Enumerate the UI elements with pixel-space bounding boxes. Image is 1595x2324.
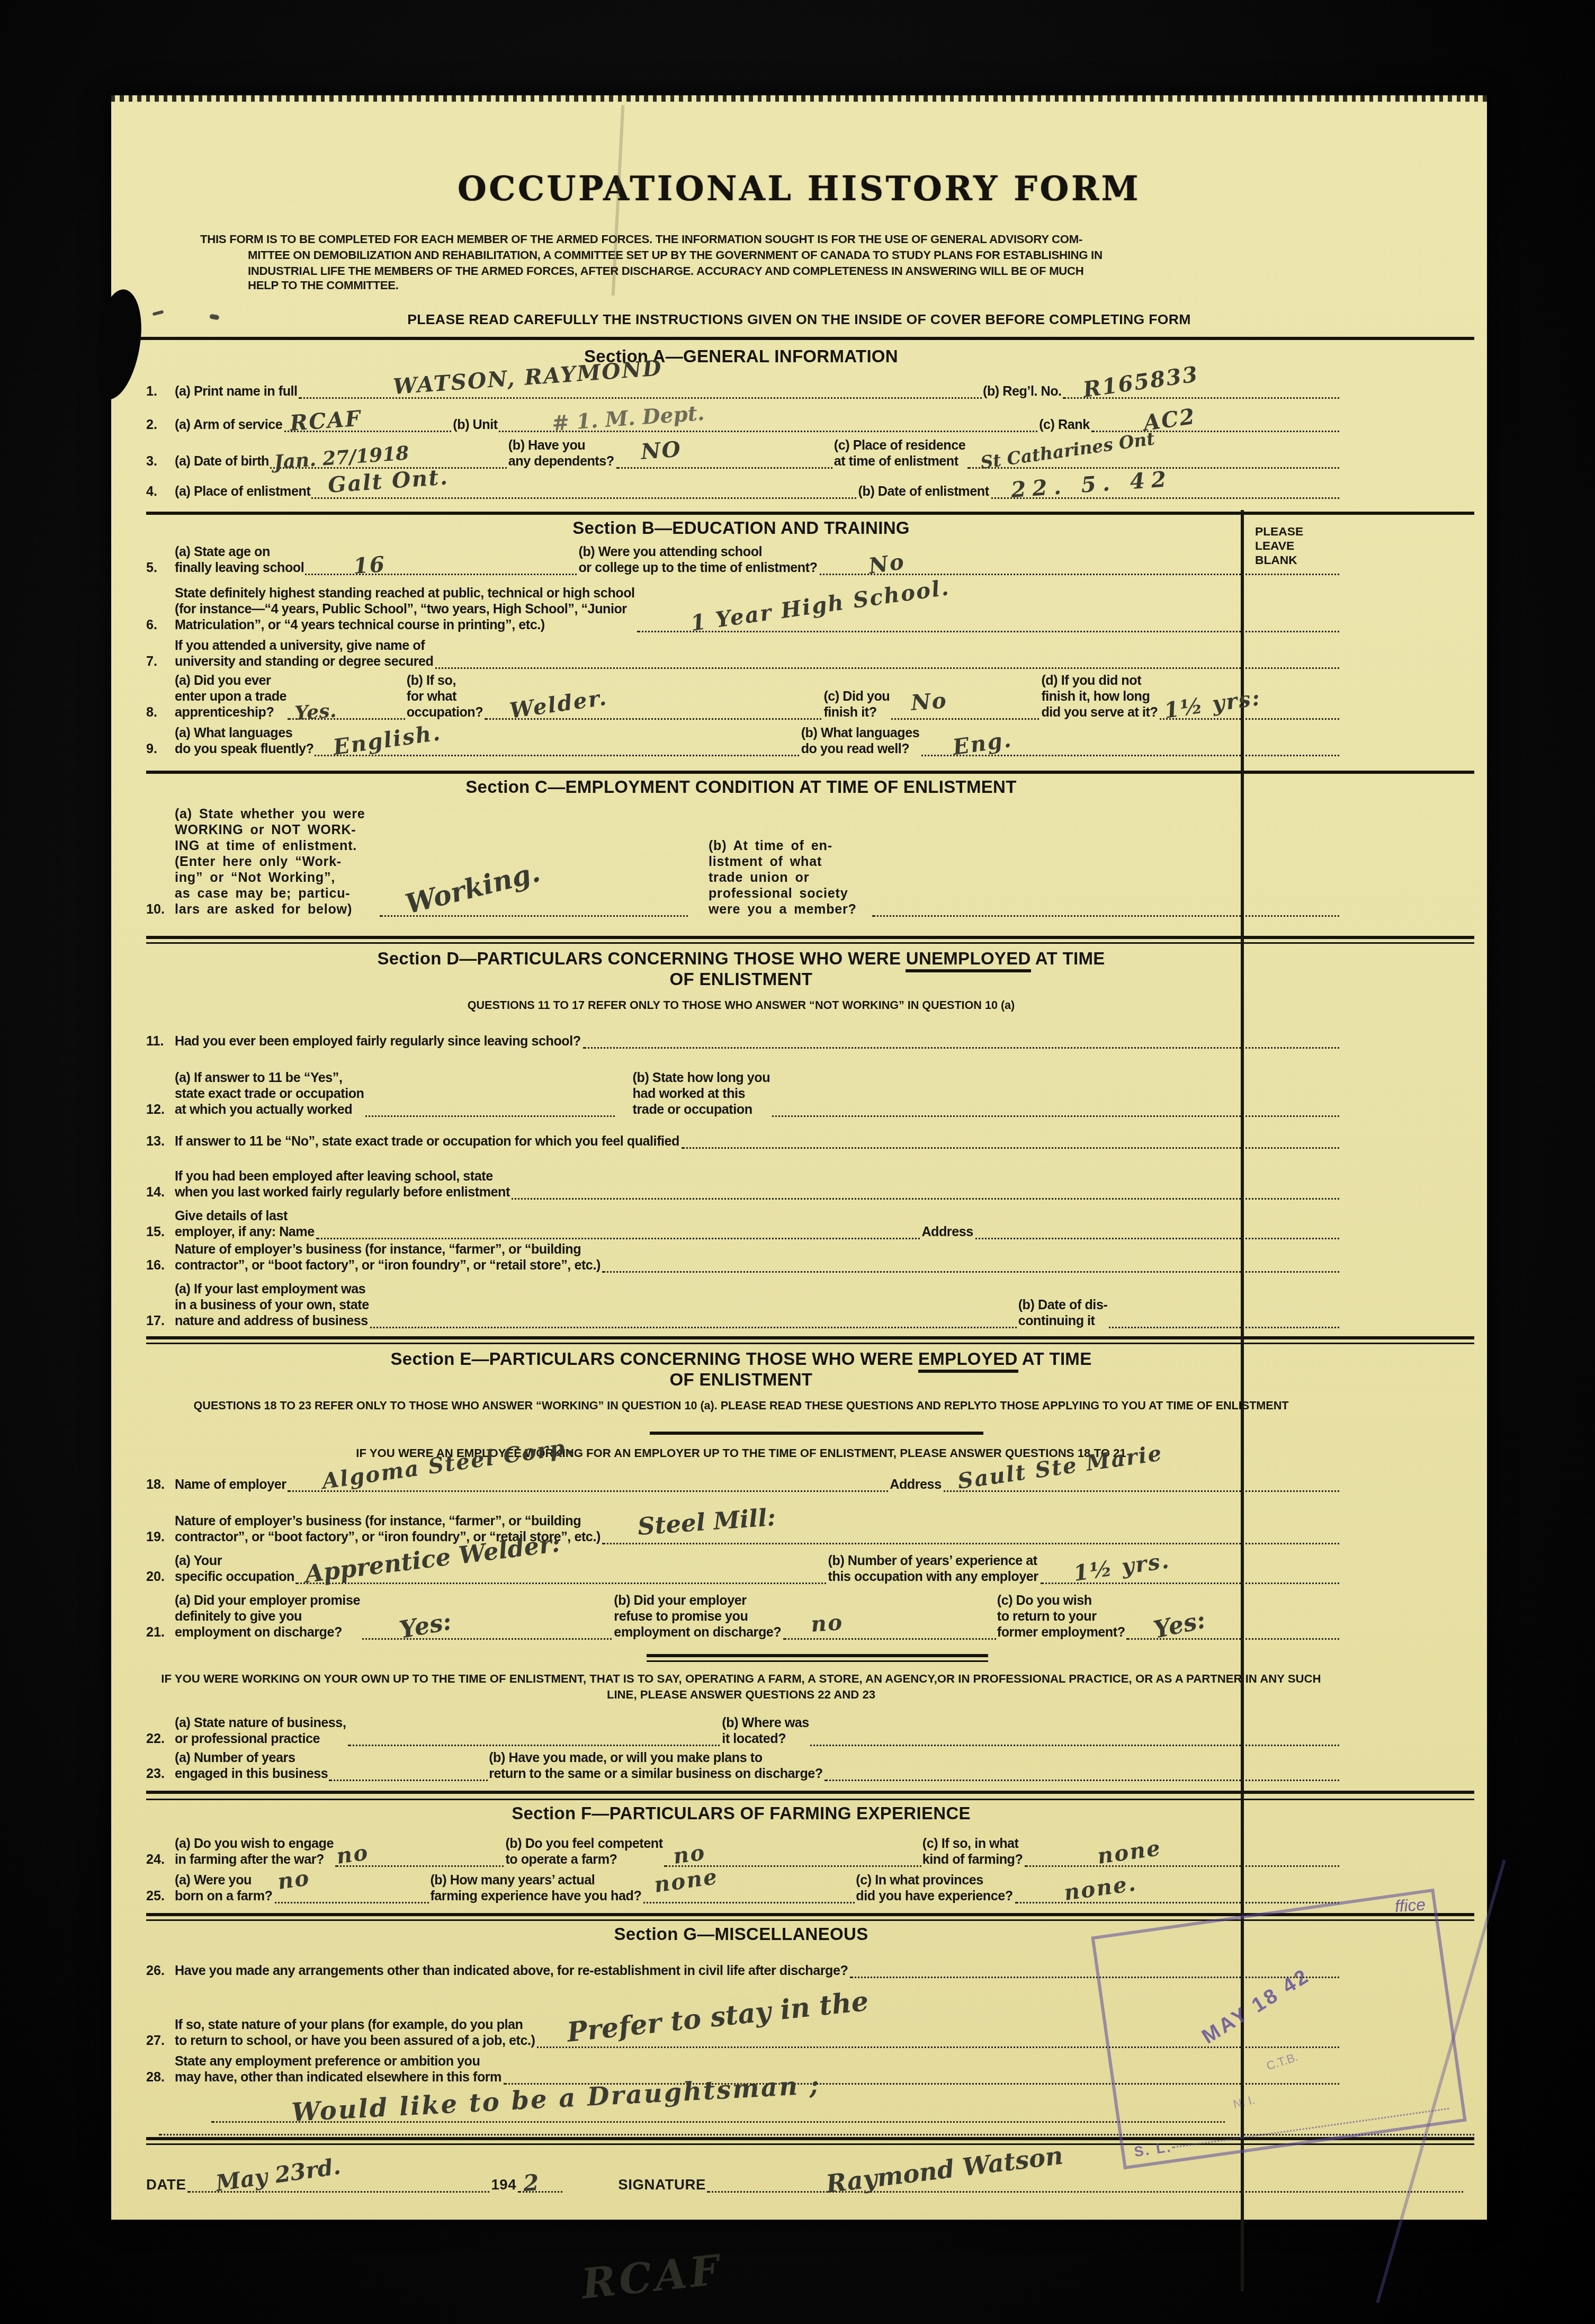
q2b-line: # 1. M. Dept. [499, 427, 1037, 432]
q17b-label: (b) Date of dis-continuing it [1018, 1296, 1108, 1328]
q10b-line [872, 912, 1339, 917]
year-printed: 194 [491, 2177, 516, 2193]
q8a-label: (a) Did you everenter upon a tradeappren… [175, 672, 286, 720]
q17a-line [371, 1323, 1017, 1328]
q20-number: 20. [146, 1568, 175, 1584]
q3c-answer: St Catharines Ont [980, 430, 1156, 472]
q3a-answer: Jan. 27/1918 [274, 443, 410, 472]
q19-line: Steel Mill: [602, 1540, 1339, 1544]
q3b-answer: NO [640, 440, 683, 464]
question-10: 10. (a) State whether you wereWORKING or… [146, 806, 1487, 917]
question-3: 3. (a) Date of birth Jan. 27/1918 (b) Ha… [146, 437, 1487, 469]
question-4: 4. (a) Place of enlistment Galt Ont. (b)… [146, 483, 1487, 499]
year-line: 2 [518, 2188, 562, 2193]
q25-number: 25. [146, 1887, 175, 1903]
q12b-line [772, 1112, 1339, 1116]
question-21: 21. (a) Did your employer promisedefinit… [146, 1592, 1487, 1640]
q8b-answer: Welder. [508, 688, 609, 723]
q28-rcaf-handwriting: RCAF [579, 2247, 725, 2309]
q20b-line: 1½ yrs. [1040, 1579, 1339, 1584]
q6-number: 6. [146, 616, 175, 632]
q12a-line [365, 1112, 615, 1116]
q24a-line: no [335, 1862, 504, 1866]
q2b-answer: # 1. M. Dept. [552, 404, 705, 435]
question-1: 1. (a) Print name in full WATSON, RAYMON… [146, 383, 1487, 399]
intro-paragraph: THIS FORM IS TO BE COMPLETED FOR EACH ME… [200, 232, 1392, 294]
q25a-answer: no [277, 1869, 312, 1895]
q26-number: 26. [146, 1962, 175, 1978]
q26-label: Have you made any arrangements other tha… [175, 1962, 848, 1978]
short-double-rule [646, 1654, 988, 1662]
rule [124, 337, 1474, 340]
date-answer: May 23rd. [215, 2157, 343, 2196]
q20b-answer: 1½ yrs. [1073, 1552, 1172, 1587]
q21a-answer: Yes: [398, 1610, 453, 1642]
rule [146, 771, 1474, 774]
q3b-label: (b) Have youany dependents? [508, 437, 614, 469]
q1a-line: WATSON, RAYMOND [299, 394, 981, 399]
double-rule [146, 1336, 1474, 1344]
q2-number: 2. [146, 416, 175, 432]
q5b-answer: No [868, 552, 907, 578]
section-e-title-line2: OF ENLISTMENT [146, 1371, 1336, 1392]
q24b-line: no [665, 1862, 921, 1866]
q19-answer: Steel Mill: [637, 1506, 777, 1540]
stamp-sl: S. L. [1133, 2139, 1173, 2160]
q4b-label: (b) Date of enlistment [858, 483, 989, 499]
q12-number: 12. [146, 1101, 175, 1116]
stamp-ni: N. I. [1232, 2093, 1257, 2112]
question-8: 8. (a) Did you everenter upon a tradeapp… [146, 672, 1487, 720]
q20b-label: (b) Number of years’ experience atthis o… [828, 1552, 1038, 1584]
q21c-answer: Yes: [1151, 1608, 1207, 1643]
q15-label: Give details of lastemployer, if any: Na… [175, 1207, 315, 1239]
q10-number: 10. [146, 901, 175, 917]
q27-label: If so, state nature of your plans (for e… [175, 2016, 535, 2048]
q24a-answer: no [336, 1844, 371, 1870]
q25c-label: (c) In what provincesdid you have experi… [856, 1871, 1012, 1903]
q24c-answer: none [1097, 1839, 1163, 1870]
q5a-label: (a) State age onfinally leaving school [175, 543, 304, 575]
intro-line: MITTEE ON DEMOBILIZATION AND REHABILITAT… [200, 247, 1392, 263]
q25c-answer: none. [1063, 1874, 1139, 1906]
question-25: 25. (a) Were youborn on a farm? no (b) H… [146, 1871, 1487, 1903]
q25b-answer: none [653, 1868, 720, 1898]
q21-number: 21. [146, 1624, 175, 1640]
q9a-answer: English. [331, 723, 442, 759]
form-body: PLEASE LEAVE BLANK Section A—GENERAL INF… [111, 348, 1487, 2146]
question-16: 16. Nature of employer’s business (for i… [146, 1240, 1487, 1272]
section-f-title: Section F—PARTICULARS OF FARMING EXPERIE… [146, 1804, 1336, 1825]
question-22: 22. (a) State nature of business,or prof… [146, 1715, 1487, 1747]
intro-line: THIS FORM IS TO BE COMPLETED FOR EACH ME… [200, 232, 1392, 247]
q6-label: State definitely highest standing reache… [175, 585, 635, 632]
q18-number: 18. [146, 1476, 175, 1492]
question-15: 15. Give details of lastemployer, if any… [146, 1207, 1487, 1239]
section-b-title: Section B—EDUCATION AND TRAINING [146, 520, 1336, 540]
q12a-label: (a) If answer to 11 be “Yes”,state exact… [175, 1069, 364, 1116]
office-stamp: ffice MAY 18 42 C.T.B. N. I. S. L. [1091, 1889, 1466, 2170]
perforated-edge [111, 95, 1487, 102]
q5b-label: (b) Were you attending schoolor college … [578, 543, 817, 575]
q23-number: 23. [146, 1766, 175, 1782]
q17-number: 17. [146, 1312, 175, 1328]
question-7: 7. If you attended a university, give na… [146, 637, 1487, 669]
q15-name-line [316, 1234, 920, 1239]
q5b-line: No [819, 570, 1339, 575]
question-6: 6. State definitely highest standing rea… [146, 585, 1487, 632]
q4a-line: Galt Ont. [312, 494, 856, 499]
q21a-label: (a) Did your employer promisedefinitely … [175, 1592, 360, 1640]
question-23: 23. (a) Number of yearsengaged in this b… [146, 1750, 1487, 1782]
q7-label: If you attended a university, give name … [175, 637, 433, 669]
q23b-label: (b) Have you made, or will you make plan… [489, 1750, 823, 1782]
stamp-ctb: C.T.B. [1265, 2050, 1300, 2073]
q22a-line [347, 1742, 720, 1747]
section-c-title: Section C—EMPLOYMENT CONDITION AT TIME O… [146, 779, 1336, 799]
q14-number: 14. [146, 1183, 175, 1199]
q28-overflow-fill: Would like to be a Draughtsman ; [211, 2118, 1225, 2123]
q16-label: Nature of employer’s business (for insta… [175, 1240, 601, 1272]
q25b-line: none [643, 1898, 854, 1903]
q18-name-line: Algoma Steel Corp. [288, 1487, 889, 1492]
q8d-label: (d) If you did notfinish it, how longdid… [1041, 672, 1158, 720]
q10a-label: (a) State whether you wereWORKING or NOT… [175, 806, 378, 917]
q4a-label: (a) Place of enlistment [175, 483, 310, 499]
q8a-answer: Yes. [294, 701, 337, 723]
q24b-label: (b) Do you feel competentto operate a fa… [505, 1835, 662, 1866]
q24a-label: (a) Do you wish to engagein farming afte… [175, 1835, 334, 1866]
section-a-title: Section A—GENERAL INFORMATION [146, 348, 1336, 369]
q22b-line [811, 1742, 1339, 1747]
q1-number: 1. [146, 383, 175, 399]
q24c-label: (c) If so, in whatkind of farming? [922, 1835, 1023, 1866]
q24b-answer: no [671, 1844, 706, 1870]
q18-address-label: Address [890, 1476, 941, 1492]
q14-label: If you had been employed after leaving s… [175, 1167, 510, 1199]
q28-overflow-line: Would like to be a Draughtsman ; [210, 2118, 1249, 2123]
q12b-label: (b) State how long youhad worked at this… [633, 1069, 770, 1116]
q9b-line: Eng. [921, 752, 1339, 756]
question-5: 5. (a) State age onfinally leaving schoo… [146, 543, 1487, 575]
question-2: 2. (a) Arm of service RCAF (b) Unit # 1.… [146, 416, 1487, 432]
q1b-answer: R165833 [1082, 364, 1200, 402]
q9a-line: English. [315, 752, 799, 756]
q14-line [512, 1194, 1339, 1199]
q8b-line: Welder. [485, 715, 822, 720]
q1b-line: R165833 [1063, 394, 1339, 399]
q22a-label: (a) State nature of business,or professi… [175, 1715, 346, 1747]
q18-address-line: Sault Ste Marie [943, 1487, 1339, 1492]
q25a-line: no [274, 1898, 429, 1903]
q11-line [583, 1043, 1339, 1048]
year-answer: 2 [523, 2173, 540, 2196]
question-19: 19. Nature of employer’s business (for i… [146, 1513, 1487, 1544]
q20a-label: (a) Yourspecific occupation [175, 1552, 294, 1584]
q17b-line [1109, 1323, 1339, 1328]
q5a-line: 16 [306, 570, 577, 575]
q4b-line: 22. 5. 42 [991, 494, 1339, 499]
section-e-title: Section E—PARTICULARS CONCERNING THOSE W… [146, 1351, 1336, 1371]
q2a-line: RCAF [284, 427, 451, 432]
q13-number: 13. [146, 1132, 175, 1148]
q11-label: Had you ever been employed fairly regula… [175, 1032, 581, 1048]
q19-number: 19. [146, 1529, 175, 1544]
q18-label: Name of employer [175, 1476, 286, 1492]
intro-line: HELP TO THE COMMITTEE. [200, 279, 1392, 294]
form-title: OCCUPATIONAL HISTORY FORM [111, 168, 1487, 208]
q3a-line: Jan. 27/1918 [271, 464, 507, 469]
q11-number: 11. [146, 1032, 175, 1048]
employed-underlined: EMPLOYED [918, 1351, 1018, 1373]
q8a-line: Yes. [288, 715, 405, 720]
q16-line [602, 1267, 1339, 1272]
q23a-label: (a) Number of yearsengaged in this busin… [175, 1750, 328, 1782]
date-signature-row: DATE May 23rd. 194 2 SIGNATURE Raymond W… [146, 2177, 1465, 2193]
q17a-label: (a) If your last employment wasin a busi… [175, 1280, 369, 1328]
double-rule [146, 1791, 1474, 1800]
q2a-answer: RCAF [289, 409, 362, 435]
q21c-label: (c) Do you wishto return to yourformer e… [997, 1592, 1125, 1640]
q24c-line: none [1024, 1862, 1339, 1866]
q6-answer: 1 Year High School. [689, 578, 951, 636]
q24-number: 24. [146, 1851, 175, 1866]
q25b-label: (b) How many years’ actualfarming experi… [430, 1871, 641, 1903]
q15-number: 15. [146, 1223, 175, 1239]
q1b-label: (b) Reg’l. No. [983, 383, 1062, 399]
q5a-answer: 16 [353, 555, 387, 578]
q3c-label: (c) Place of residenceat time of enlistm… [834, 437, 965, 469]
unemployed-underlined: UNEMPLOYED [906, 951, 1031, 973]
q15-address-line [975, 1234, 1339, 1239]
q2a-label: (a) Arm of service [175, 416, 282, 432]
q9b-label: (b) What languagesdo you read well? [801, 725, 920, 756]
q2c-label: (c) Rank [1039, 416, 1090, 432]
q8c-line: No [891, 715, 1040, 720]
q9a-label: (a) What languagesdo you speak fluently? [175, 725, 313, 756]
q20a-line: Apprentice Welder: [296, 1579, 827, 1584]
q8c-label: (c) Did youfinish it? [823, 688, 890, 720]
q8c-answer: No [911, 691, 949, 715]
q2b-label: (b) Unit [453, 416, 497, 432]
question-14: 14. If you had been employed after leavi… [146, 1167, 1487, 1199]
q7-line [435, 664, 1339, 669]
q23b-line [825, 1777, 1339, 1782]
q3b-line: NO [616, 464, 832, 469]
date-line: May 23rd. [187, 2188, 489, 2193]
q21b-label: (b) Did your employerrefuse to promise y… [614, 1592, 781, 1640]
question-9: 9. (a) What languagesdo you speak fluent… [146, 725, 1487, 756]
q21b-answer: no [811, 1614, 845, 1638]
question-12: 12. (a) If answer to 11 be “Yes”,state e… [146, 1069, 1487, 1116]
intro-line: INDUSTRIAL LIFE THE MEMBERS OF THE ARMED… [200, 263, 1392, 279]
question-24: 24. (a) Do you wish to engagein farming … [146, 1835, 1487, 1866]
section-d-subtitle: QUESTIONS 11 TO 17 REFER ONLY TO THOSE W… [146, 998, 1336, 1013]
section-d-title-line2: OF ENLISTMENT [146, 971, 1336, 992]
q13-label: If answer to 11 be “No”, state exact tra… [175, 1132, 679, 1148]
q4-number: 4. [146, 483, 175, 499]
question-20: 20. (a) Yourspecific occupation Apprenti… [146, 1552, 1487, 1584]
q4b-answer: 22. 5. 42 [1010, 469, 1172, 502]
double-rule [146, 936, 1474, 944]
q5-number: 5. [146, 559, 175, 575]
form-paper: OCCUPATIONAL HISTORY FORM THIS FORM IS T… [111, 95, 1487, 2220]
q16-number: 16. [146, 1256, 175, 1272]
signature-line: Raymond Watson [707, 2188, 1463, 2193]
q23a-line [329, 1777, 487, 1782]
stamp-office-text: ffice [1394, 1896, 1426, 1917]
short-rule [650, 1432, 983, 1435]
section-d-title: Section D—PARTICULARS CONCERNING THOSE W… [146, 951, 1336, 971]
q1a-label: (a) Print name in full [175, 383, 298, 399]
q10b-label: (b) At time of en-listment of what trade… [709, 837, 871, 917]
read-carefully-note: PLEASE READ CAREFULLY THE INSTRUCTIONS G… [111, 311, 1487, 327]
q10a-line: Working. [380, 912, 688, 917]
q21a-line: Yes: [362, 1635, 612, 1640]
q6-line: 1 Year High School. [637, 628, 1339, 632]
section-e-subtitle: QUESTIONS 18 TO 23 REFER ONLY TO THOSE W… [146, 1398, 1336, 1413]
q28-label: State any employment preference or ambit… [175, 2053, 501, 2085]
date-label: DATE [146, 2177, 186, 2193]
q8b-label: (b) If so,for whatoccupation? [407, 672, 483, 720]
q27-answer: Prefer to stay in the [566, 1989, 870, 2048]
scan-background: OCCUPATIONAL HISTORY FORM THIS FORM IS T… [0, 0, 1595, 2324]
q21c-line: Yes: [1127, 1635, 1339, 1640]
stamp-date: MAY 18 42 [1197, 1963, 1314, 2049]
q21b-line: no [783, 1635, 995, 1640]
question-18: 18. Name of employer Algoma Steel Corp. … [146, 1476, 1487, 1492]
q15-address-label: Address [921, 1223, 973, 1239]
signature-answer: Raymond Watson [826, 2143, 1065, 2196]
q9-number: 9. [146, 740, 175, 756]
question-11: 11. Had you ever been employed fairly re… [146, 1032, 1487, 1048]
q8d-line: 1½ yrs: [1159, 715, 1339, 720]
rule [146, 512, 1474, 515]
q22b-label: (b) Where wasit located? [722, 1715, 809, 1747]
q7-number: 7. [146, 653, 175, 669]
q8-number: 8. [146, 704, 175, 720]
q13-line [681, 1143, 1339, 1148]
q4a-answer: Galt Ont. [327, 468, 449, 497]
q25a-label: (a) Were youborn on a farm? [175, 1871, 273, 1903]
q28-number: 28. [146, 2069, 175, 2085]
q10a-answer: Working. [404, 861, 544, 920]
own-business-note: IF YOU WERE WORKING ON YOUR OWN UP TO TH… [146, 1672, 1336, 1702]
q8d-answer: 1½ yrs: [1163, 688, 1263, 723]
q25c-line: none. [1015, 1898, 1339, 1903]
q9b-answer: Eng. [952, 730, 1014, 759]
q22-number: 22. [146, 1731, 175, 1747]
question-17: 17. (a) If your last employment wasin a … [146, 1280, 1487, 1328]
question-13: 13. If answer to 11 be “No”, state exact… [146, 1132, 1487, 1148]
signature-label: SIGNATURE [618, 2177, 706, 2193]
q3a-label: (a) Date of birth [175, 453, 269, 469]
q3-number: 3. [146, 453, 175, 469]
q27-number: 27. [146, 2032, 175, 2048]
